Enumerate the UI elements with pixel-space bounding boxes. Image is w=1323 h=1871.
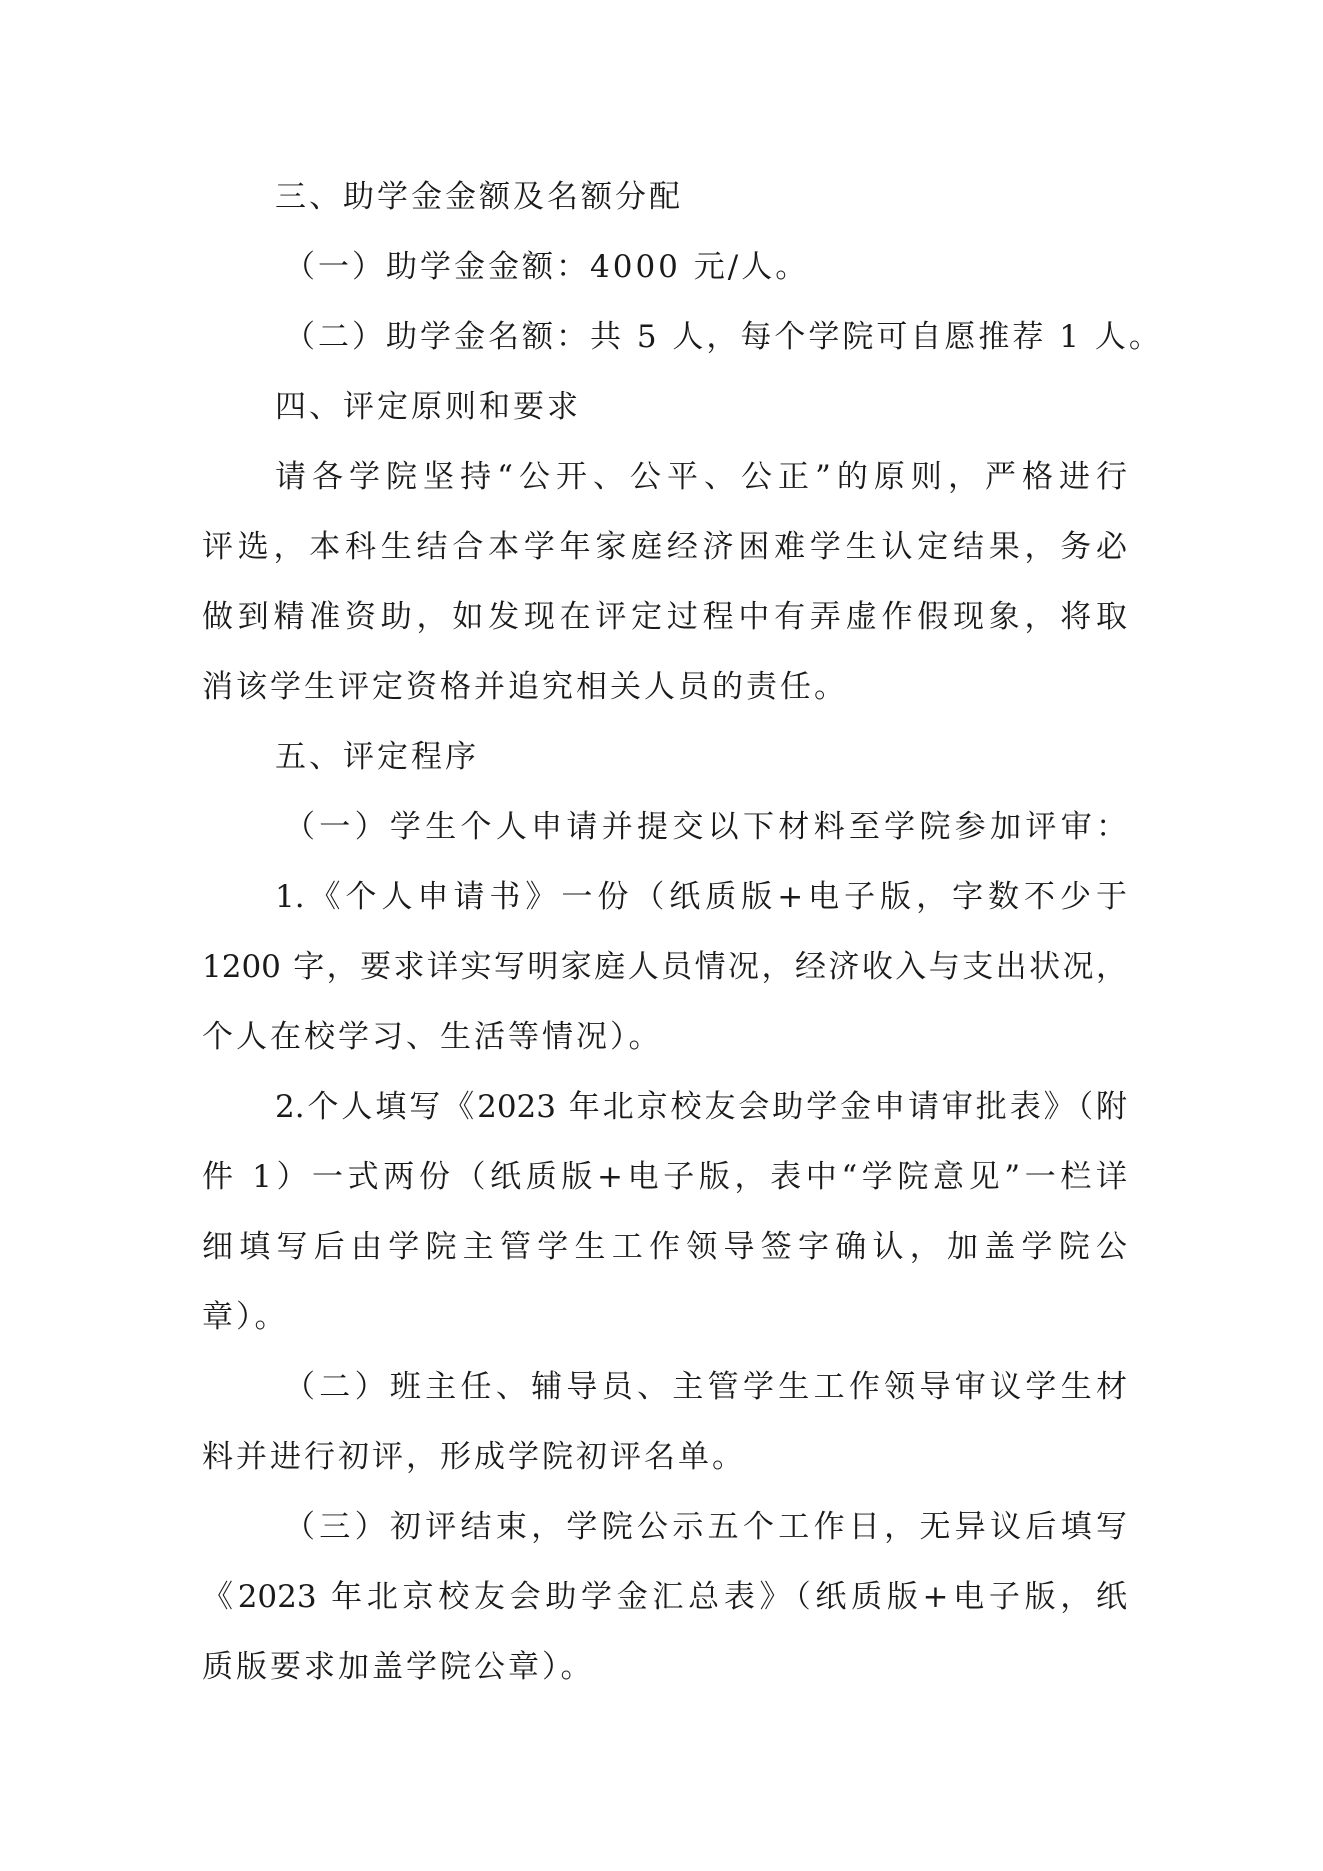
item-2-line-4: 章）。 [202,1295,1127,1339]
subsection-publicity-line-2: 《2023 年北京校友会助学金汇总表》（纸质版+电子版，纸 [202,1575,1127,1619]
section-heading-5: 五、评定程序 [275,735,1127,779]
item-2-line-1: 2.个人填写《2023 年北京校友会助学金申请审批表》（附 [275,1085,1127,1129]
document-page: 三、助学金金额及名额分配 （一）助学金金额：4000 元/人。 （二）助学金名额… [0,0,1323,1871]
subsection-review-line-2: 料并进行初评，形成学院初评名单。 [202,1435,1127,1479]
item-1-line-1: 1.《个人申请书》一份（纸质版+电子版，字数不少于 [275,875,1127,919]
subsection-amount: （一）助学金金额：4000 元/人。 [284,245,1127,289]
item-1-line-2: 1200 字，要求详实写明家庭人员情况，经济收入与支出状况， [202,945,1127,989]
paragraph-principles-line-3: 做到精准资助，如发现在评定过程中有弄虚作假现象，将取 [202,595,1127,639]
item-1-line-3: 个人在校学习、生活等情况）。 [202,1015,1127,1059]
subsection-review-line-1: （二）班主任、辅导员、主管学生工作领导审议学生材 [284,1365,1127,1409]
paragraph-principles-line-2: 评选，本科生结合本学年家庭经济困难学生认定结果，务必 [202,525,1127,569]
section-heading-3: 三、助学金金额及名额分配 [275,175,1127,219]
paragraph-principles-line-4: 消该学生评定资格并追究相关人员的责任。 [202,665,1127,709]
section-heading-4: 四、评定原则和要求 [275,385,1127,429]
subsection-application: （一）学生个人申请并提交以下材料至学院参加评审： [284,805,1127,849]
paragraph-principles-line-1: 请各学院坚持“公开、公平、公正”的原则，严格进行 [275,455,1127,499]
subsection-publicity-line-1: （三）初评结束，学院公示五个工作日，无异议后填写 [284,1505,1127,1549]
item-2-line-2: 件 1）一式两份（纸质版+电子版，表中“学院意见”一栏详 [202,1155,1127,1199]
subsection-publicity-line-3: 质版要求加盖学院公章）。 [202,1645,1127,1689]
subsection-quota: （二）助学金名额：共 5 人，每个学院可自愿推荐 1 人。 [284,315,1127,359]
item-2-line-3: 细填写后由学院主管学生工作领导签字确认，加盖学院公 [202,1225,1127,1269]
